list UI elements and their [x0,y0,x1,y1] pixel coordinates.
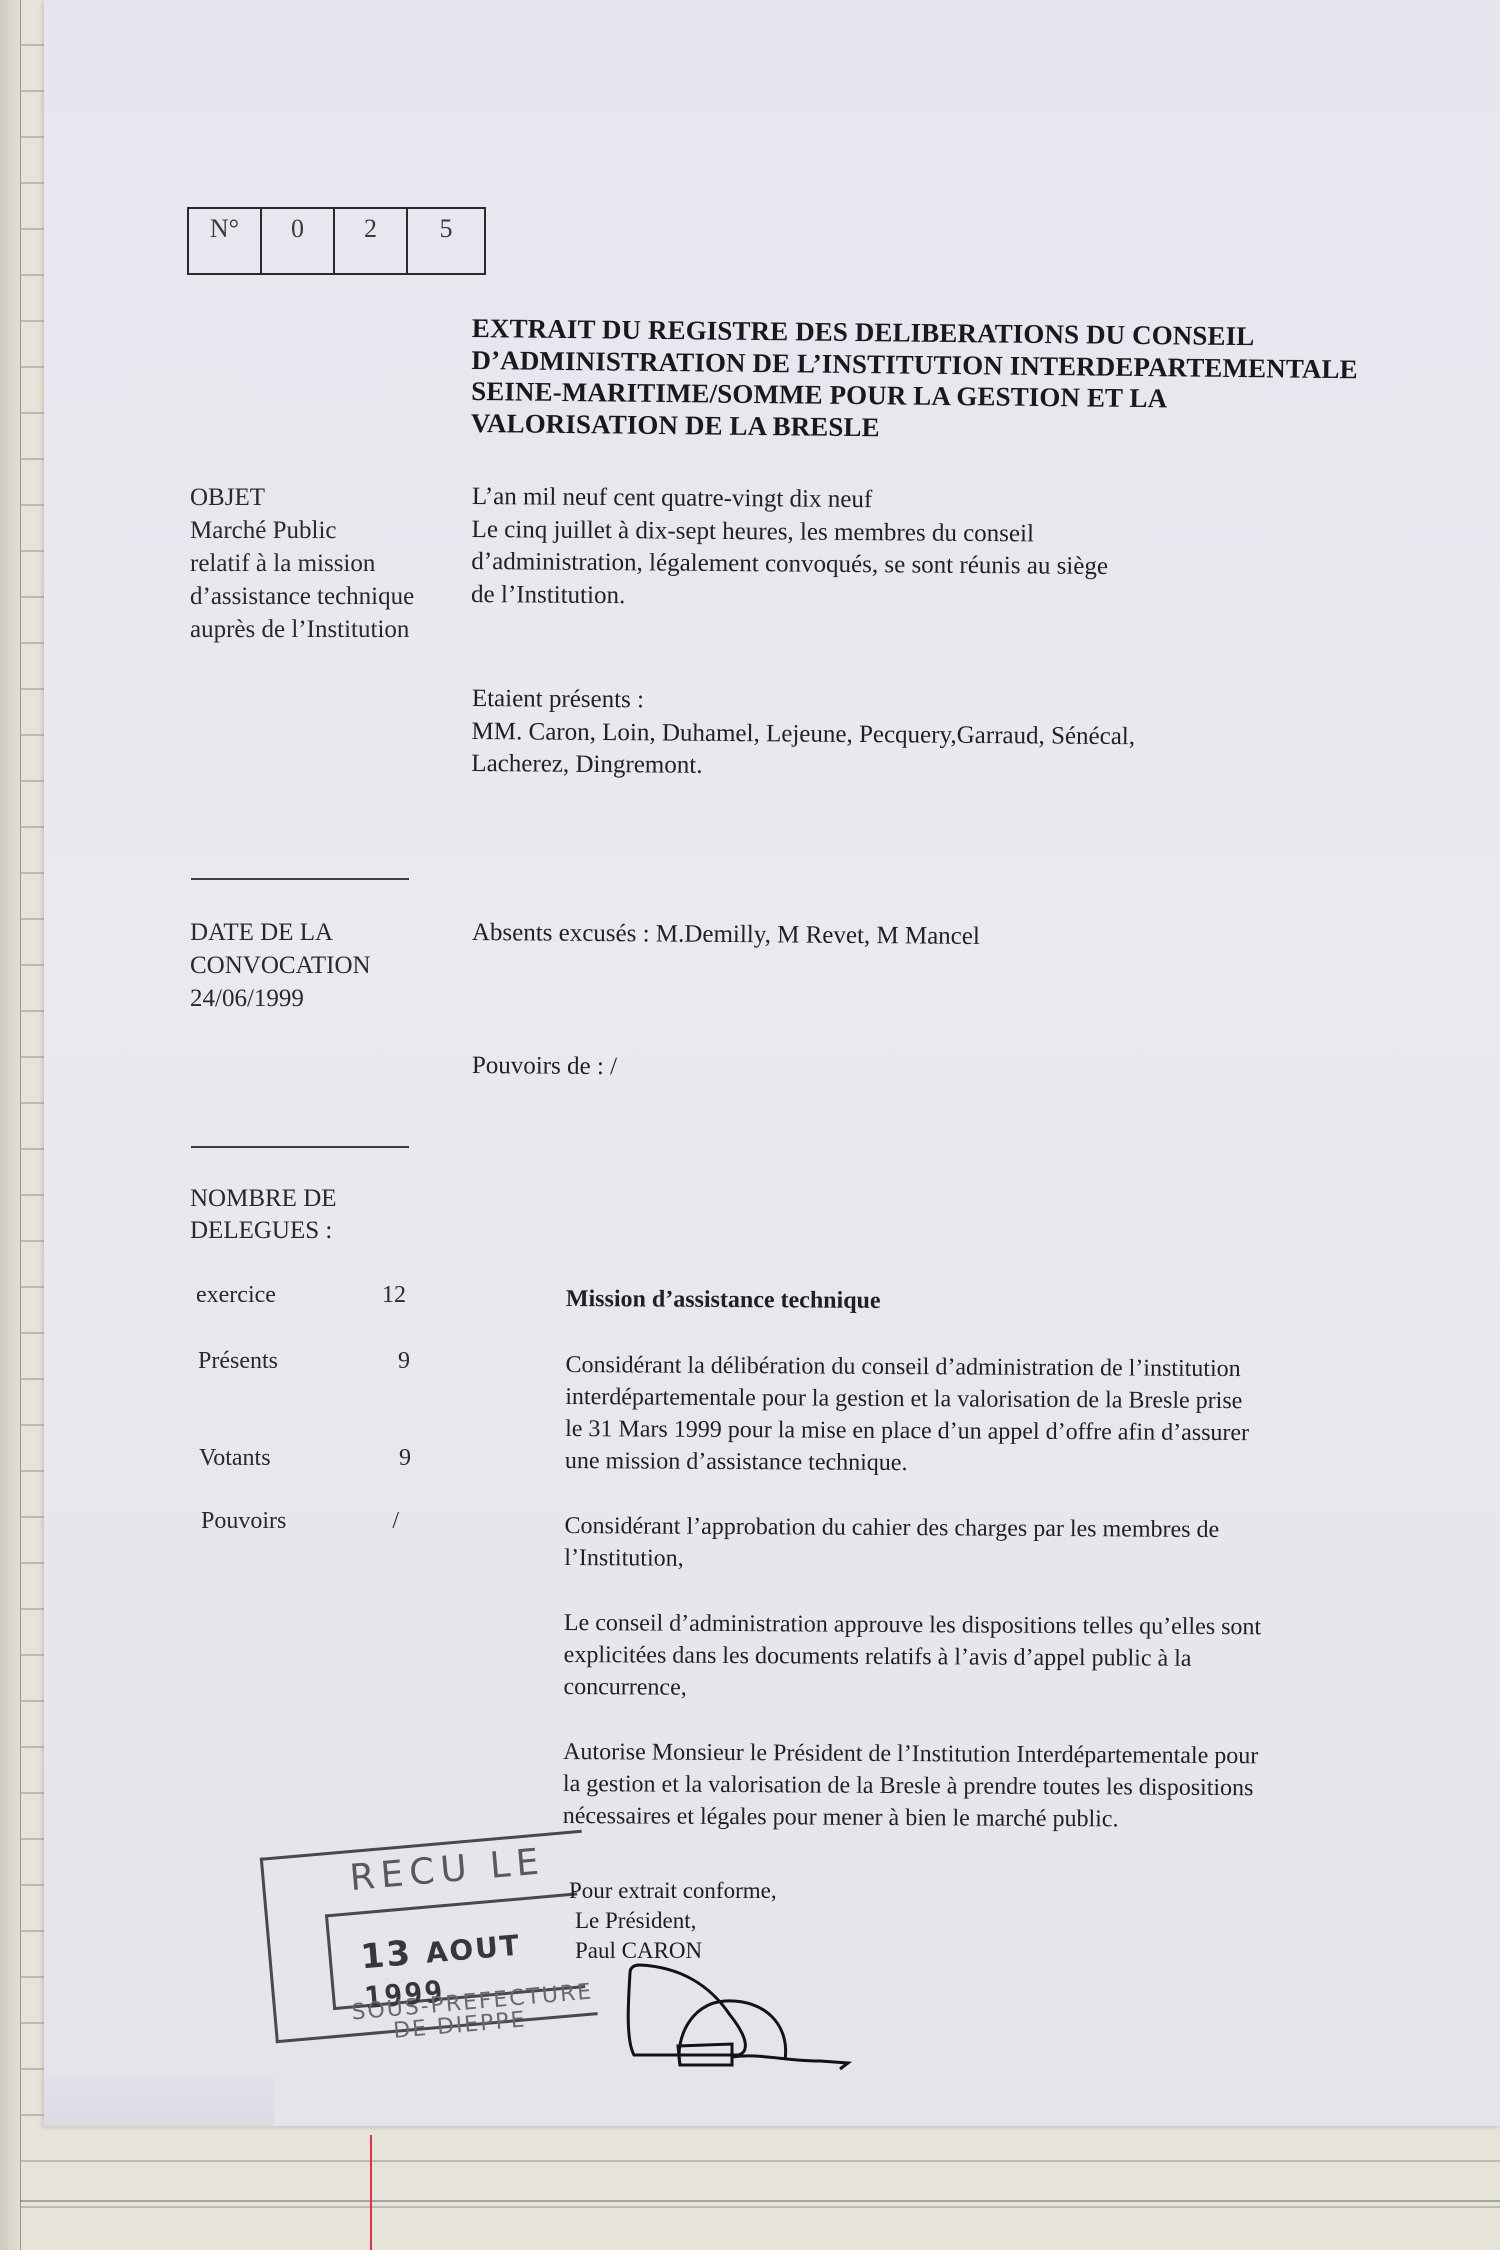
convocation-label: DATE DE LA [190,916,371,949]
delegues-label: exercice [196,1282,276,1309]
paragraph-line: nécessaires et légales pour mener à bien… [563,1800,1383,1837]
delegues-value: 9 [371,1445,411,1472]
objet-line: d’assistance technique [190,580,414,613]
paragraph-line: explicitées dans les documents relatifs … [564,1639,1384,1676]
delegues-heading-line: NOMBRE DE [190,1183,337,1215]
absents-section: Absents excusés : M.Demilly, M Revet, M … [472,917,980,953]
signature-line: Pour extrait conforme, [569,1876,777,1906]
paragraph-line: le 31 Mars 1999 pour la mise en place d’… [565,1413,1385,1450]
register-margin-line [370,2135,372,2250]
presents-line: MM. Caron, Loin, Duhamel, Lejeune, Pecqu… [471,715,1135,753]
convocation-label: CONVOCATION [190,949,371,982]
delegues-value: 9 [370,1348,410,1375]
received-stamp: RECU LE 13 AOUT 1999 SOUS-PREFECTURE DE … [258,1809,605,2047]
register-number-digit: 0 [262,209,335,273]
section-divider [191,878,409,880]
paragraph-line: Le conseil d’administration approuve les… [564,1607,1384,1644]
deliberation-paragraph: Considérant l’approbation du cahier des … [564,1510,1384,1579]
delegues-heading-line: DELEGUES : [190,1215,337,1247]
delegues-label: Votants [199,1445,271,1472]
deliberation-paragraph: Considérant la délibération du conseil d… [565,1349,1386,1482]
objet-section: OBJET Marché Public relatif à la mission… [190,481,414,646]
signature-line: Le Président, [569,1906,777,1936]
delegues-heading: NOMBRE DE DELEGUES : [190,1183,337,1247]
handwritten-signature [620,1945,860,2075]
presents-section: Etaient présents : MM. Caron, Loin, Duha… [471,683,1135,786]
register-number-label: N° [189,209,262,273]
presents-line: Lacherez, Dingremont. [471,748,1135,786]
register-number-box: N° 0 2 5 [187,207,486,275]
paragraph-line: Considérant la délibération du conseil d… [565,1349,1385,1386]
deliberation-paragraph: Le conseil d’administration approuve les… [563,1607,1384,1708]
presents-heading: Etaient présents : [472,683,1136,721]
delegues-label: Présents [198,1348,278,1375]
paragraph-line: concurrence, [563,1671,1383,1708]
objet-line: relatif à la mission [190,547,414,580]
register-ruled-line [20,2200,1500,2202]
register-number-digit: 5 [408,209,484,273]
preamble-line: Le cinq juillet à dix-sept heures, les m… [471,513,1108,550]
objet-line: auprès de l’Institution [190,613,414,646]
stamp-date-month: AOUT [424,1929,522,1970]
deliberation-body: Mission d’assistance technique Considéra… [562,1283,1386,1870]
delegues-label: Pouvoirs [201,1508,286,1535]
convocation-section: DATE DE LA CONVOCATION 24/06/1999 [190,916,371,1015]
preamble: L’an mil neuf cent quatre-vingt dix neuf… [471,481,1109,616]
absents-text: Absents excusés : M.Demilly, M Revet, M … [472,917,980,953]
preamble-line: de l’Institution. [471,578,1108,615]
document-title: EXTRAIT DU REGISTRE DES DELIBERATIONS DU… [471,313,1472,449]
paragraph-line: Considérant l’approbation du cahier des … [564,1510,1384,1547]
pouvoirs-text: Pouvoirs de : / [472,1050,617,1084]
objet-line: Marché Public [190,514,414,547]
stamp-date-day: 13 [359,1933,414,1977]
preamble-line: L’an mil neuf cent quatre-vingt dix neuf [472,481,1109,518]
sheet-fold-shadow [44,2074,274,2126]
register-number-digit: 2 [335,209,408,273]
register-binding-edge [0,0,21,2250]
deliberation-heading: Mission d’assistance technique [566,1283,1386,1320]
deliberation-paragraph: Autorise Monsieur le Président de l’Inst… [563,1736,1384,1837]
section-divider [191,1146,409,1148]
delegues-value: / [359,1508,399,1535]
delegues-value: 12 [366,1282,406,1309]
convocation-date: 24/06/1999 [190,982,371,1015]
paragraph-line: une mission d’assistance technique. [565,1445,1385,1482]
objet-heading: OBJET [190,481,414,514]
paragraph-line: interdépartementale pour la gestion et l… [565,1381,1385,1418]
pouvoirs-section: Pouvoirs de : / [472,1050,617,1084]
paragraph-line: Autorise Monsieur le Président de l’Inst… [563,1736,1383,1773]
preamble-line: d’administration, légalement convoqués, … [471,546,1108,583]
paragraph-line: l’Institution, [564,1542,1384,1579]
paragraph-line: la gestion et la valorisation de la Bres… [563,1768,1383,1805]
